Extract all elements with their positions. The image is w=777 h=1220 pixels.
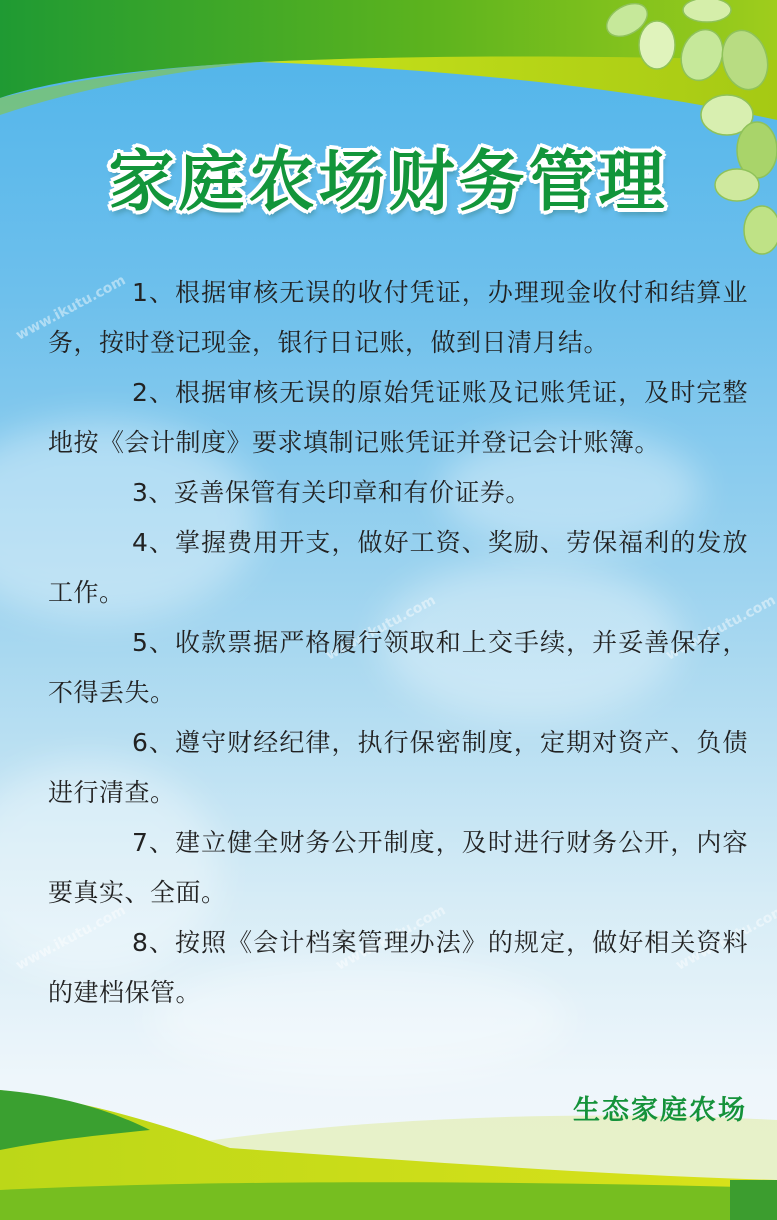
poster: www.ikutu.com www.ikutu.com www.ikutu.co… — [0, 0, 777, 1220]
rule-item: 7、建立健全财务公开制度，及时进行财务公开，内容要真实、全面。 — [48, 818, 748, 918]
rules-list: 1、根据审核无误的收付凭证，办理现金收付和结算业务，按时登记现金，银行日记账，做… — [48, 268, 748, 1018]
rule-item: 1、根据审核无误的收付凭证，办理现金收付和结算业务，按时登记现金，银行日记账，做… — [48, 268, 748, 368]
footer-signature: 生态家庭农场 — [573, 1088, 747, 1127]
rule-item: 4、掌握费用开支，做好工资、奖励、劳保福利的发放工作。 — [48, 518, 748, 618]
rule-item: 2、根据审核无误的原始凭证账及记账凭证，及时完整地按《会计制度》要求填制记账凭证… — [48, 368, 748, 468]
rule-item: 3、妥善保管有关印章和有价证券。 — [48, 468, 748, 518]
rule-item: 6、遵守财经纪律，执行保密制度，定期对资产、负债进行清查。 — [48, 718, 748, 818]
poster-title: 家庭农场财务管理 — [0, 128, 777, 223]
rule-item: 5、收款票据严格履行领取和上交手续，并妥善保存，不得丢失。 — [48, 618, 748, 718]
rule-item: 8、按照《会计档案管理办法》的规定，做好相关资料的建档保管。 — [48, 918, 748, 1018]
